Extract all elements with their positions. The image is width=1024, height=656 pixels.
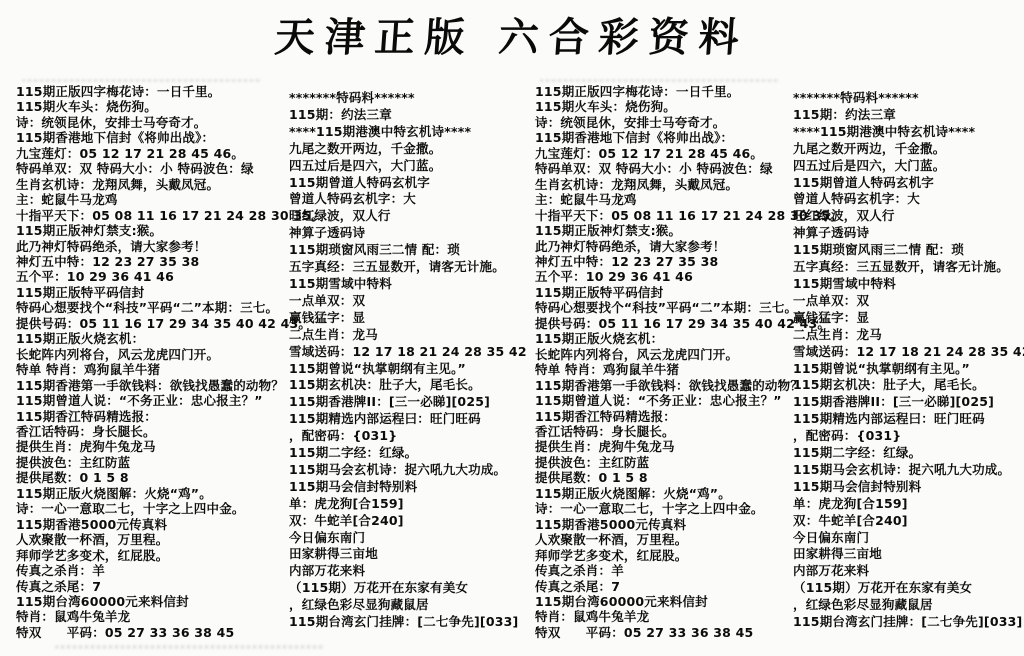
text-line: 雪域送码：12 17 18 21 24 28 35 42 — [289, 344, 521, 361]
text-line: 神算子透码诗 — [289, 225, 521, 242]
text-line: 传真之杀尾：7 — [535, 579, 807, 594]
text-line: ，红绿色彩尽显狗藏鼠居 — [793, 597, 1024, 614]
text-line: 田家耕得三亩地 — [289, 546, 521, 563]
text-line: 115期正版火烧玄机： — [535, 331, 807, 346]
text-line: 115期正版火烧玄机： — [16, 331, 288, 346]
text-line: 提供号码：05 11 16 17 29 34 35 40 42 43。 — [16, 316, 288, 331]
text-line: ，配密码：{031} — [793, 428, 1024, 445]
text-line: ****115期港澳中特玄机诗**** — [793, 124, 1024, 141]
text-line: 特肖：鼠鸡牛兔羊龙 — [16, 609, 288, 624]
text-line: 双：牛蛇羊[合240] — [289, 513, 521, 530]
text-line: 115期曾道人特码玄机字 — [793, 175, 1024, 192]
text-line: 115期玄机决：肚子大，尾毛长。 — [289, 377, 521, 394]
text-line: 特码单双：双 特码大小：小 特码波色：绿 — [535, 161, 807, 176]
text-line: 特双 平码：05 27 33 36 38 45 — [16, 625, 288, 640]
text-line: 115期曾说“执掌朝纲有主见。” — [289, 361, 521, 378]
text-line: 115期：约法三章 — [793, 107, 1024, 124]
text-line: 115期香港地下信封《将帅出战》： — [535, 130, 807, 145]
text-column-3: 115期正版四字梅花诗：一日千里。115期火车头：烧伤狗。诗：统领昆休，安排士马… — [535, 84, 807, 640]
text-line: 115期台湾60000元来料信封 — [16, 594, 288, 609]
text-line: 115期台湾玄门挂牌：[二七争先][033] — [289, 614, 521, 631]
text-line: 115期正版火烧图解：火烧“鸡”。 — [16, 486, 288, 501]
text-line: 115期曾道人说：“不务正业：忠心报主？” — [16, 393, 288, 408]
text-line: 人欢聚散一杯酒，万里程。 — [16, 532, 288, 547]
text-line: （115期）万花开在东家有美女 — [793, 580, 1024, 597]
text-line: 115期曾道人说：“不务正业：忠心报主？” — [535, 393, 807, 408]
text-line: 115期曾说“执掌朝纲有主见。” — [793, 361, 1024, 378]
text-line: 长蛇阵内列将台，风云龙虎四门开。 — [16, 347, 288, 362]
scan-artifact-top-right — [540, 79, 780, 82]
text-line: 115期马会玄机诗：捉六吼九大功成。 — [289, 462, 521, 479]
text-line: 五个平：10 29 36 41 46 — [535, 269, 807, 284]
text-line: 115期火车头：烧伤狗。 — [535, 99, 807, 114]
text-line: 115期马会玄机诗：捉六吼九大功成。 — [793, 462, 1024, 479]
text-line: 特码单双：双 特码大小：小 特码波色：绿 — [16, 161, 288, 176]
text-line: 一点单双：双 — [289, 293, 521, 310]
text-line: 生肖玄机诗：龙翔凤舞，头戴凤冠。 — [535, 177, 807, 192]
text-line: 特单 特肖：鸡狗鼠羊牛猪 — [16, 362, 288, 377]
text-line: 115期雪域中特料 — [793, 276, 1024, 293]
text-line: 115期香港5000元传真料 — [16, 517, 288, 532]
text-line: 二点生肖：龙马 — [289, 327, 521, 344]
text-line: 特双 平码：05 27 33 36 38 45 — [535, 625, 807, 640]
text-line: 生肖玄机诗：龙翔凤舞，头戴凤冠。 — [16, 177, 288, 192]
text-line: 传真之杀尾：7 — [16, 579, 288, 594]
text-line: 五字真经：三五显数开，请客无计施。 — [793, 259, 1024, 276]
text-line: 诗：统领昆休，安排士马夸奇才。 — [16, 115, 288, 130]
text-line: 115期正版四字梅花诗：一日千里。 — [535, 84, 807, 99]
text-line: 115期玄机决：肚子大，尾毛长。 — [793, 377, 1024, 394]
text-line: 115期台湾60000元来料信封 — [535, 594, 807, 609]
text-line: 旺红绿波，双人行 — [793, 208, 1024, 225]
text-line: 特肖：鼠鸡牛兔羊龙 — [535, 609, 807, 624]
text-line: 主：蛇鼠牛马龙鸡 — [535, 192, 807, 207]
text-line: 拜师学艺多变术，红屁股。 — [535, 548, 807, 563]
text-line: 115期香江特码精选报： — [535, 409, 807, 424]
text-column-1: 115期正版四字梅花诗：一日千里。115期火车头：烧伤狗。诗：统领昆休，安排士马… — [16, 84, 288, 640]
text-line: ，配密码：{031} — [289, 428, 521, 445]
text-line: 115期二字经：红绿。 — [289, 445, 521, 462]
text-line: 115期正版特平码信封 — [16, 285, 288, 300]
text-line: 特码心想要找个“科技”平码“二”本期：三七。 — [535, 300, 807, 315]
text-line: 115期正版神灯禁支:猴。 — [535, 223, 807, 238]
text-line: 115期曾道人特码玄机字 — [289, 175, 521, 192]
text-line: 双：牛蛇羊[合240] — [793, 513, 1024, 530]
text-line: 曾道人特码玄机字：大 — [289, 191, 521, 208]
text-line: 九宝莲灯：05 12 17 21 28 45 46。 — [535, 146, 807, 161]
text-line: 单：虎龙狗[合159] — [793, 496, 1024, 513]
text-line: 115期香港5000元传真料 — [535, 517, 807, 532]
text-line: 115期香港第一手欲钱料：欲钱找愚蠢的动物？ — [16, 378, 288, 393]
text-line: 特码心想要找个“科技”平码“二”本期：三七。 — [16, 300, 288, 315]
text-line: 115期：约法三章 — [289, 107, 521, 124]
text-line: 一点单双：双 — [793, 293, 1024, 310]
text-line: ****115期港澳中特玄机诗**** — [289, 124, 521, 141]
text-line: 神算子透码诗 — [793, 225, 1024, 242]
text-line: 赢钱猛字：显 — [793, 310, 1024, 327]
text-line: 115期火车头：烧伤狗。 — [16, 99, 288, 114]
text-line: 提供波色：主红防蓝 — [16, 455, 288, 470]
text-line: 115期香港牌II：[三一必睇][025] — [289, 394, 521, 411]
text-line: 115期台湾玄门挂牌：[二七争先][033] — [793, 614, 1024, 631]
text-line: 传真之杀肖：羊 — [535, 563, 807, 578]
scan-artifact-top-left — [22, 79, 262, 82]
text-line: 115期雪域中特料 — [289, 276, 521, 293]
text-line: 今日偏东南门 — [289, 530, 521, 547]
text-line: 115期马会信封特别料 — [793, 479, 1024, 496]
text-line: 四五过后是四六，大门蓝。 — [289, 158, 521, 175]
text-line: 提供号码：05 11 16 17 29 34 35 40 42 43。 — [535, 316, 807, 331]
text-line: *******特码料****** — [289, 90, 521, 107]
text-line: ，红绿色彩尽显狗藏鼠居 — [289, 597, 521, 614]
text-line: 诗：一心一意取二七，十字之上四中金。 — [16, 501, 288, 516]
text-line: 诗：统领昆休，安排士马夸奇才。 — [535, 115, 807, 130]
text-line: 115期琐窗风雨三二情 配：琐 — [289, 242, 521, 259]
text-line: 长蛇阵内列将台，风云龙虎四门开。 — [535, 347, 807, 362]
text-line: 115期正版火烧图解：火烧“鸡”。 — [535, 486, 807, 501]
text-line: 提供波色：主红防蓝 — [535, 455, 807, 470]
text-line: 115期正版神灯禁支:猴。 — [16, 223, 288, 238]
text-line: 115期琐窗风雨三二情 配：琐 — [793, 242, 1024, 259]
text-line: 提供尾数：0 1 5 8 — [16, 470, 288, 485]
text-line: 内部万花来料 — [289, 563, 521, 580]
text-line: 九尾之数开两边，千金撒。 — [793, 141, 1024, 158]
text-line: 香江话特码：身长腿长。 — [535, 424, 807, 439]
text-line: 诗：一心一意取二七，十字之上四中金。 — [535, 501, 807, 516]
text-line: 传真之杀肖：羊 — [16, 563, 288, 578]
text-line: 四五过后是四六，大门蓝。 — [793, 158, 1024, 175]
text-line: 提供生肖：虎狗牛兔龙马 — [535, 439, 807, 454]
text-line: 人欢聚散一杯酒，万里程。 — [535, 532, 807, 547]
text-line: 115期精选内部运程曰：旺门旺码 — [289, 411, 521, 428]
text-line: 五字真经：三五显数开，请客无计施。 — [289, 259, 521, 276]
text-line: 旺红绿波，双人行 — [289, 208, 521, 225]
text-line: 香江话特码：身长腿长。 — [16, 424, 288, 439]
text-line: 单：虎龙狗[合159] — [289, 496, 521, 513]
page-title: 天津正版 六合彩资料 — [0, 6, 1024, 63]
text-line: 115期香江特码精选报： — [16, 409, 288, 424]
text-line: 115期香港地下信封《将帅出战》： — [16, 130, 288, 145]
text-line: 主：蛇鼠牛马龙鸡 — [16, 192, 288, 207]
text-line: 赢钱猛字：显 — [289, 310, 521, 327]
text-line: 提供尾数：0 1 5 8 — [535, 470, 807, 485]
text-line: 特单 特肖：鸡狗鼠羊牛猪 — [535, 362, 807, 377]
text-line: 拜师学艺多变术，红屁股。 — [16, 548, 288, 563]
text-line: 田家耕得三亩地 — [793, 546, 1024, 563]
text-line: 十指平天下：05 08 11 16 17 21 24 28 30 35。 — [535, 208, 807, 223]
text-column-4: *******特码料******115期：约法三章****115期港澳中特玄机诗… — [793, 90, 1024, 631]
text-line: *******特码料****** — [793, 90, 1024, 107]
text-line: 今日偏东南门 — [793, 530, 1024, 547]
text-line: 五个平：10 29 36 41 46 — [16, 269, 288, 284]
text-line: 115期正版四字梅花诗：一日千里。 — [16, 84, 288, 99]
text-line: 九尾之数开两边，千金撒。 — [289, 141, 521, 158]
text-line: 115期正版特平码信封 — [535, 285, 807, 300]
text-line: 115期香港第一手欲钱料：欲钱找愚蠢的动物？ — [535, 378, 807, 393]
text-line: 曾道人特码玄机字：大 — [793, 191, 1024, 208]
text-line: 此乃神灯特码绝杀，请大家参考！ — [16, 239, 288, 254]
text-line: 十指平天下：05 08 11 16 17 21 24 28 30 35。 — [16, 208, 288, 223]
text-line: 115期精选内部运程曰：旺门旺码 — [793, 411, 1024, 428]
text-line: 115期马会信封特别料 — [289, 479, 521, 496]
text-line: 雪域送码：12 17 18 21 24 28 35 42 — [793, 344, 1024, 361]
text-line: 神灯五中特：12 23 27 35 38 — [16, 254, 288, 269]
text-line: 115期二字经：红绿。 — [793, 445, 1024, 462]
text-column-2: *******特码料******115期：约法三章****115期港澳中特玄机诗… — [289, 90, 521, 631]
text-line: 此乃神灯特码绝杀，请大家参考！ — [535, 239, 807, 254]
text-line: 九宝莲灯：05 12 17 21 28 45 46。 — [16, 146, 288, 161]
text-line: 提供生肖：虎狗牛兔龙马 — [16, 439, 288, 454]
text-line: 神灯五中特：12 23 27 35 38 — [535, 254, 807, 269]
text-line: 115期香港牌II：[三一必睇][025] — [793, 394, 1024, 411]
text-line: 内部万花来料 — [793, 563, 1024, 580]
text-line: （115期）万花开在东家有美女 — [289, 580, 521, 597]
text-line: 二点生肖：龙马 — [793, 327, 1024, 344]
scan-artifact-bottom — [55, 645, 325, 649]
